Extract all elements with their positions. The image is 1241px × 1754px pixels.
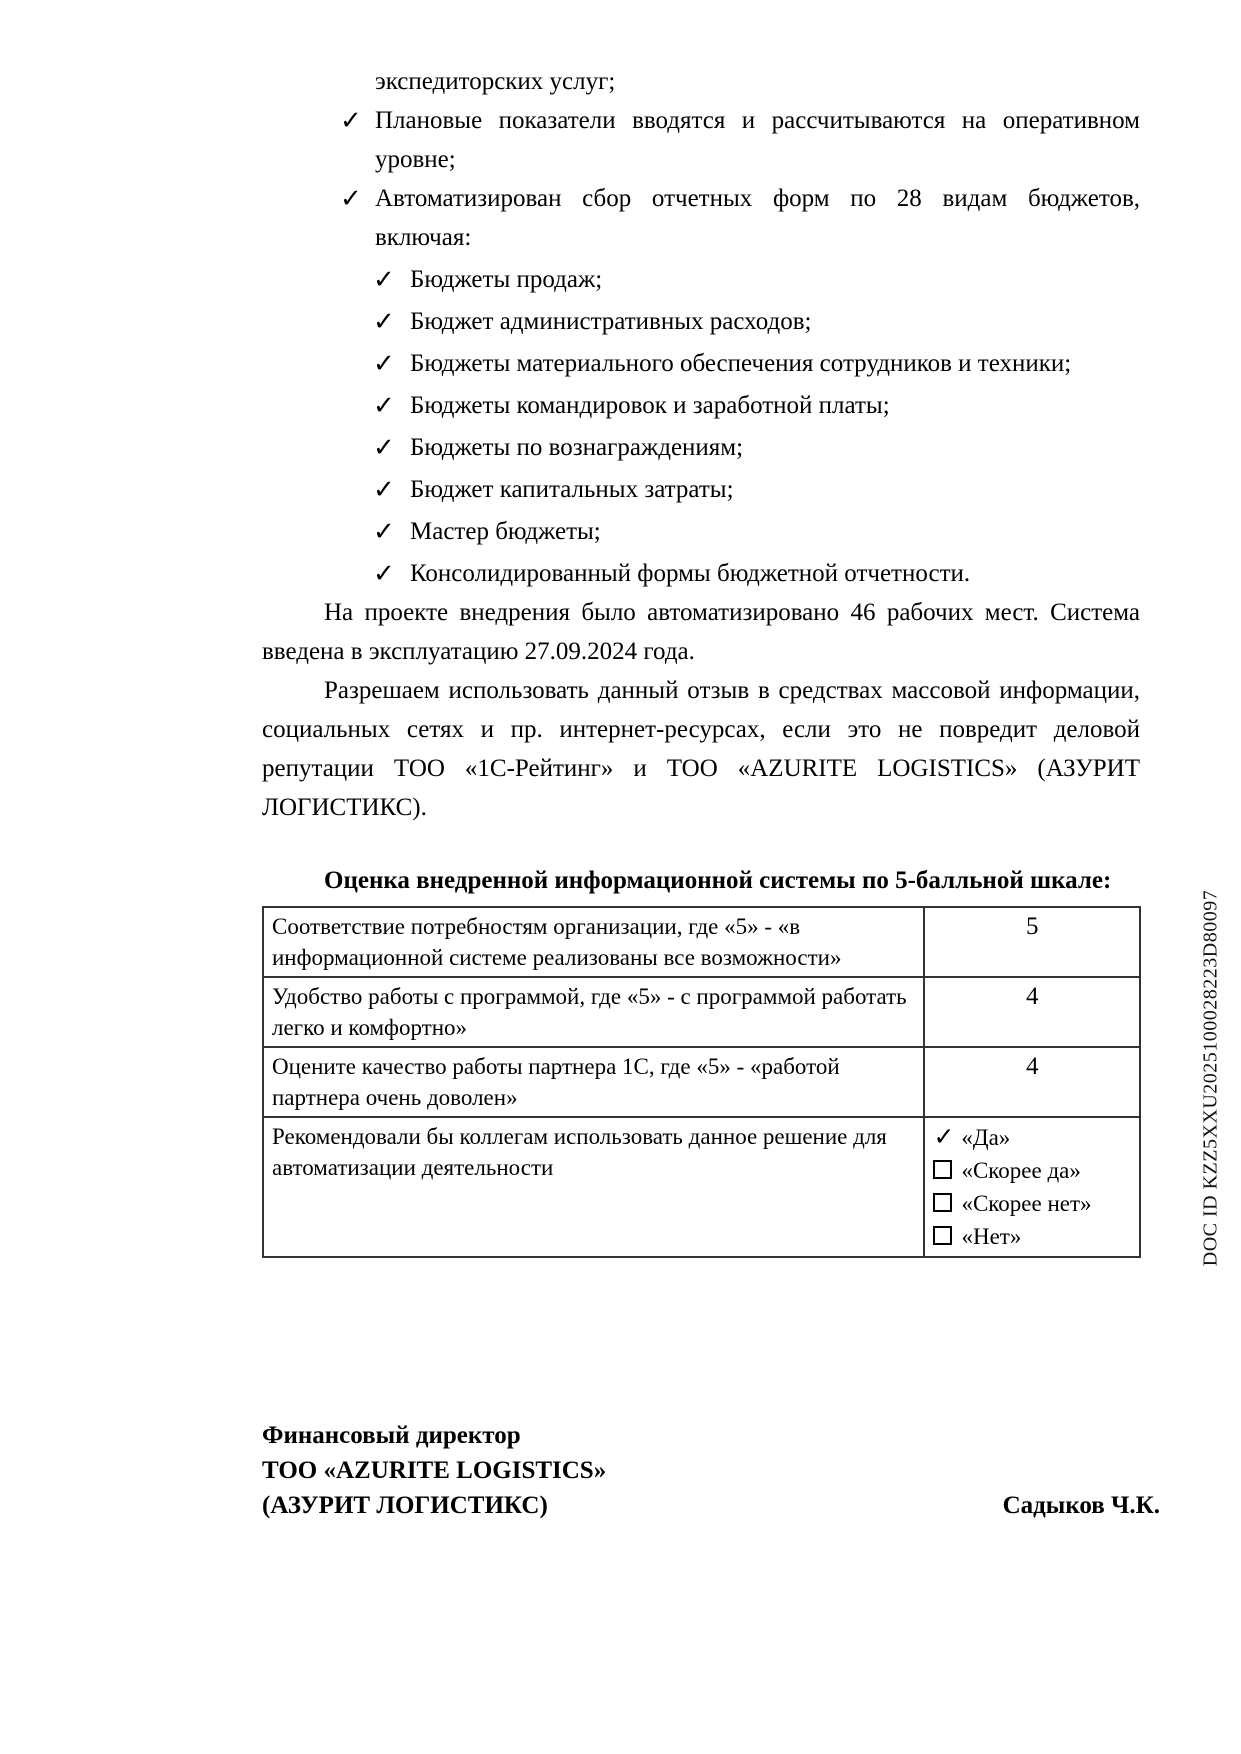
score-cell: 4 (924, 977, 1140, 1047)
sub-bullet-item: ✓ Бюджеты продаж; (262, 260, 1140, 299)
paragraph: Разрешаем использовать данный отзыв в ср… (262, 671, 1140, 827)
paragraph: На проекте внедрения было автоматизирова… (262, 593, 1140, 671)
option-label: «Скорее нет» (961, 1191, 1091, 1216)
check-icon: ✓ (373, 512, 395, 551)
options-cell: ✓«Да» «Скорее да» «Скорее нет» «Нет» (924, 1117, 1140, 1257)
sub-bullet-text: Бюджеты по вознаграждениям; (410, 434, 743, 461)
table-row: Рекомендовали бы коллегам использовать д… (263, 1117, 1140, 1257)
signatory-name: Садыков Ч.К. (1003, 1488, 1160, 1523)
sub-bullet-item: ✓ Бюджеты командировок и заработной плат… (262, 386, 1140, 425)
bullet-item: ✓ Автоматизирован сбор отчетных форм по … (262, 179, 1140, 257)
sub-bullet-item: ✓ Консолидированный формы бюджетной отче… (262, 554, 1140, 593)
sub-bullet-item: ✓ Бюджет административных расходов; (262, 302, 1140, 341)
check-icon: ✓ (373, 386, 395, 425)
checkbox-empty-icon (933, 1160, 952, 1179)
score-cell: 5 (924, 907, 1140, 977)
check-icon: ✓ (373, 428, 395, 467)
sub-bullet-text: Бюджет капитальных затраты; (410, 476, 734, 503)
signature-title-line: Финансовый директор (262, 1418, 1160, 1453)
check-icon: ✓ (373, 260, 395, 299)
option-line: ✓«Да» (933, 1121, 1131, 1154)
sub-bullet-text: Бюджеты командировок и заработной платы; (410, 392, 890, 419)
score-cell: 4 (924, 1047, 1140, 1117)
bullet-text: Плановые показатели вводятся и рассчитыв… (375, 107, 1140, 173)
rating-table: Соответствие потребностям организации, г… (262, 906, 1141, 1258)
check-icon: ✓ (373, 470, 395, 509)
sub-bullet-text: Бюджет административных расходов; (410, 308, 811, 335)
document-page: экспедиторских услуг; ✓ Плановые показат… (0, 0, 1241, 1754)
table-row: Оцените качество работы партнера 1С, где… (263, 1047, 1140, 1117)
check-icon: ✓ (340, 101, 362, 140)
bullet-text: Автоматизирован сбор отчетных форм по 28… (375, 185, 1140, 251)
check-icon: ✓ (373, 302, 395, 341)
continuation-line: экспедиторских услуг; (262, 62, 1140, 101)
checkbox-empty-icon (933, 1226, 952, 1245)
rating-heading: Оценка внедренной информационной системы… (262, 861, 1140, 900)
sub-bullet-text: Бюджеты продаж; (410, 266, 602, 293)
option-label: «Нет» (961, 1224, 1021, 1249)
signature-company-line: ТОО «AZURITE LOGISTICS» (262, 1453, 1160, 1488)
signature-last-line: (АЗУРИТ ЛОГИСТИКС) Садыков Ч.К. (262, 1488, 1160, 1523)
bullet-item: ✓ Плановые показатели вводятся и рассчит… (262, 101, 1140, 179)
sub-bullet-text: Мастер бюджеты; (410, 518, 601, 545)
criterion-cell: Оцените качество работы партнера 1С, где… (263, 1047, 924, 1117)
sub-bullet-text: Бюджеты материального обеспечения сотруд… (410, 350, 1071, 377)
option-label: «Да» (961, 1125, 1010, 1150)
sub-bullet-item: ✓ Бюджеты материального обеспечения сотр… (262, 344, 1140, 383)
sub-bullet-item: ✓ Бюджет капитальных затраты; (262, 470, 1140, 509)
document-body: экспедиторских услуг; ✓ Плановые показат… (262, 62, 1140, 1258)
checkmark-icon: ✓ (933, 1121, 954, 1154)
signature-block: Финансовый директор ТОО «AZURITE LOGISTI… (262, 1418, 1160, 1523)
option-line: «Скорее нет» (933, 1187, 1131, 1220)
sub-bullet-item: ✓ Мастер бюджеты; (262, 512, 1140, 551)
criterion-cell: Соответствие потребностям организации, г… (263, 907, 924, 977)
check-icon: ✓ (373, 344, 395, 383)
sub-bullet-item: ✓ Бюджеты по вознаграждениям; (262, 428, 1140, 467)
table-row: Удобство работы с программой, где «5» - … (263, 977, 1140, 1047)
option-label: «Скорее да» (961, 1158, 1080, 1183)
signature-company-alt: (АЗУРИТ ЛОГИСТИКС) (262, 1488, 548, 1523)
continuation-text: экспедиторских услуг; (375, 68, 615, 95)
check-icon: ✓ (340, 179, 362, 218)
criterion-cell: Удобство работы с программой, где «5» - … (263, 977, 924, 1047)
doc-id-vertical: DOC ID KZZ5XXU2025100028223D80097 (1200, 890, 1223, 1266)
criterion-cell: Рекомендовали бы коллегам использовать д… (263, 1117, 924, 1257)
check-icon: ✓ (373, 554, 395, 593)
option-line: «Нет» (933, 1220, 1131, 1253)
option-line: «Скорее да» (933, 1154, 1131, 1187)
table-row: Соответствие потребностям организации, г… (263, 907, 1140, 977)
sub-bullet-text: Консолидированный формы бюджетной отчетн… (410, 560, 970, 587)
checkbox-empty-icon (933, 1193, 952, 1212)
